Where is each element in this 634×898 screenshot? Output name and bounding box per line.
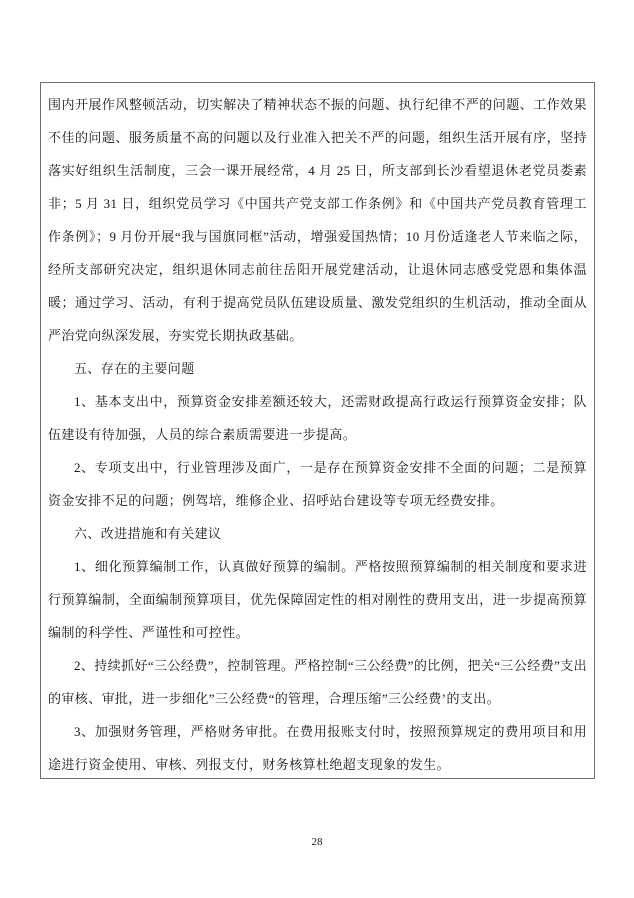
paragraph-measure-1-budget-preparation: 1、细化预算编制工作，认真做好预算的编制。严格按照预算编制的相关制度和要求进行预… bbox=[48, 550, 587, 649]
paragraph-problem-1-basic-expenditure: 1、基本支出中，预算资金安排差额还较大，还需财政提高行政运行预算资金安排；队伍建… bbox=[48, 385, 587, 451]
paragraph-problem-2-special-expenditure: 2、专项支出中，行业管理涉及面广，一是存在预算资金安排不全面的问题；二是预算资金… bbox=[48, 451, 587, 517]
document-page: 围内开展作风整顿活动，切实解决了精神状态不振的问题、执行纪律不严的问题、工作效果… bbox=[0, 0, 634, 898]
report-table-cell: 围内开展作风整顿活动，切实解决了精神状态不振的问题、执行纪律不严的问题、工作效果… bbox=[40, 82, 595, 779]
paragraph-party-building-summary: 围内开展作风整顿活动，切实解决了精神状态不振的问题、执行纪律不严的问题、工作效果… bbox=[48, 88, 587, 352]
paragraph-measure-2-three-public-funds: 2、持续抓好“三公经费”，控制管理。严格控制“三公经费”的比例，把关“三公经费”… bbox=[48, 649, 587, 715]
section-heading-improvement-suggestions: 六、改进措施和有关建议 bbox=[48, 517, 587, 550]
page-number: 28 bbox=[0, 836, 634, 848]
paragraph-measure-3-financial-management: 3、加强财务管理，严格财务审批。在费用报账支付时，按照预算规定的费用项目和用途进… bbox=[48, 715, 587, 781]
section-heading-main-problems: 五、存在的主要问题 bbox=[48, 352, 587, 385]
